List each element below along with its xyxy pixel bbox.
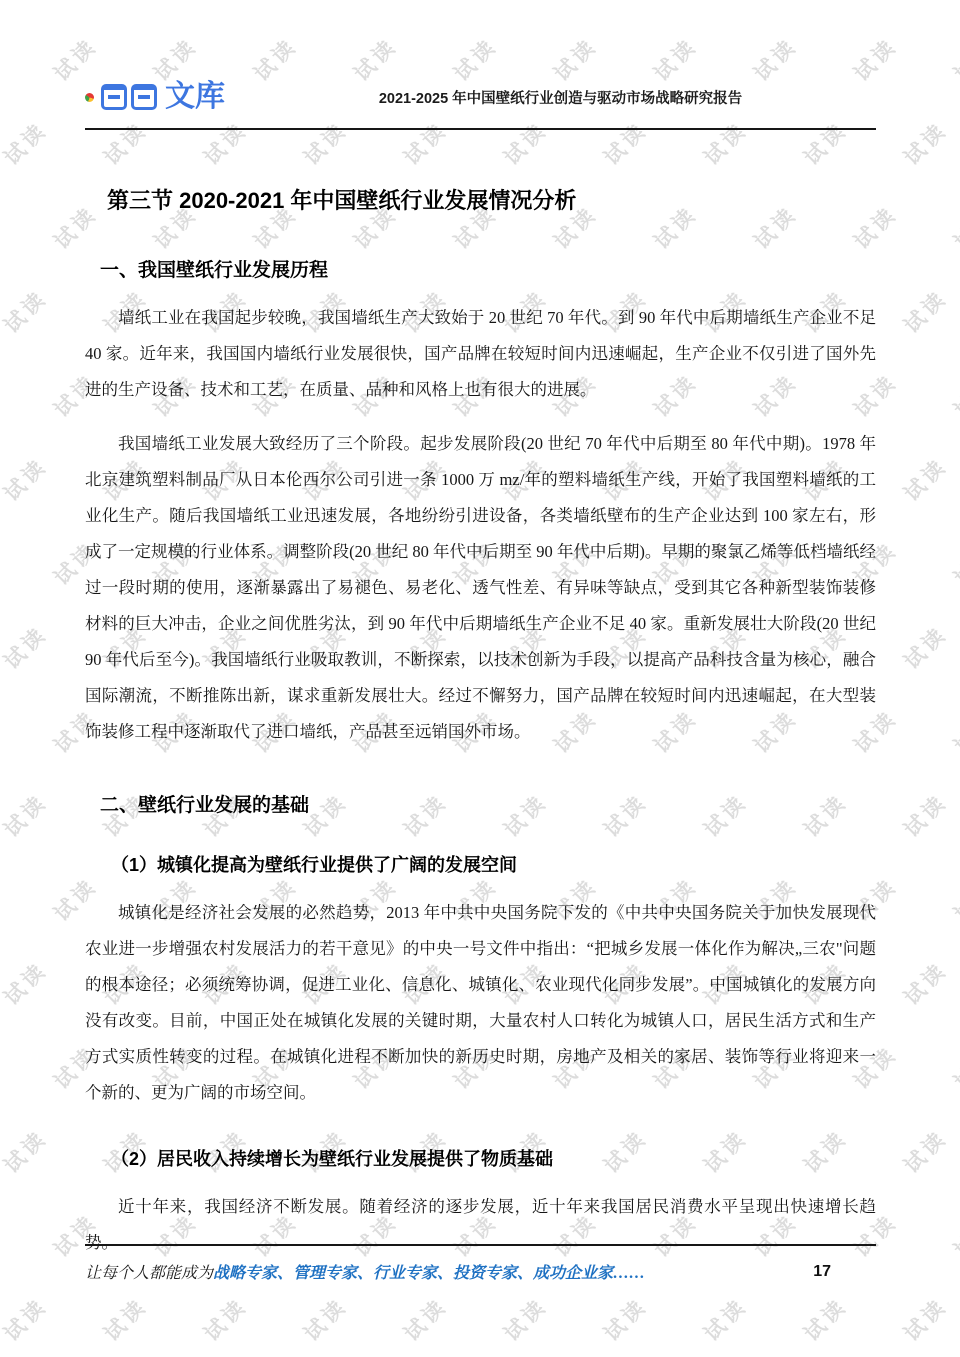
trial-read-watermark: 试读	[0, 31, 3, 88]
trial-read-watermark: 试读	[897, 787, 954, 844]
footer-slogan: 让每个人都能成为战略专家、管理专家、行业专家、投资专家、成功企业家……	[85, 1260, 645, 1283]
heading-development-history: 一、我国壁纸行业发展历程	[100, 255, 876, 282]
trial-read-watermark: 试读	[0, 1123, 53, 1180]
trial-read-watermark: 试读	[0, 619, 53, 676]
trial-read-watermark: 试读	[0, 451, 53, 508]
trial-read-watermark: 试读	[497, 1291, 554, 1348]
trial-read-watermark: 试读	[0, 1291, 53, 1348]
trial-read-watermark: 试读	[0, 0, 53, 3]
trial-read-watermark: 试读	[697, 0, 754, 3]
trial-read-watermark: 试读	[297, 0, 354, 3]
heading-urbanization: （1）城镇化提高为壁纸行业提供了广阔的发展空间	[111, 851, 876, 877]
trial-read-watermark: 试读	[297, 1291, 354, 1348]
brand-logo: 文库	[85, 82, 225, 118]
trial-read-watermark: 试读	[0, 535, 3, 592]
trial-read-watermark: 试读	[897, 1123, 954, 1180]
trial-read-watermark: 试读	[697, 1291, 754, 1348]
trial-read-watermark: 试读	[897, 955, 954, 1012]
trial-read-watermark: 试读	[947, 1207, 960, 1264]
section-title: 第三节 2020-2021 年中国壁纸行业发展情况分析	[107, 184, 876, 215]
trial-read-watermark: 试读	[947, 535, 960, 592]
trial-read-watermark: 试读	[97, 0, 154, 3]
trial-read-watermark: 试读	[0, 955, 53, 1012]
trial-read-watermark: 试读	[0, 115, 53, 172]
trial-read-watermark: 试读	[947, 871, 960, 928]
trial-read-watermark: 试读	[0, 1207, 3, 1264]
trial-read-watermark: 试读	[197, 0, 254, 3]
heading-income-growth: （2）居民收入持续增长为壁纸行业发展提供了物质基础	[111, 1145, 876, 1171]
trial-read-watermark: 试读	[947, 31, 960, 88]
trial-read-watermark: 试读	[947, 703, 960, 760]
trial-read-watermark: 试读	[0, 1039, 3, 1096]
trial-read-watermark: 试读	[0, 871, 3, 928]
page-header: 文库 2021-2025 年中国壁纸行业创造与驱动市场战略研究报告	[85, 62, 876, 118]
trial-read-watermark: 试读	[0, 199, 3, 256]
footer-slogan-prefix: 让每个人都能成为	[85, 1265, 213, 1282]
document-page: 试读试读试读试读试读试读试读试读试读试读试读试读试读试读试读试读试读试读试读试读…	[0, 0, 960, 1357]
paragraph-history-2: 我国墙纸工业发展大致经历了三个阶段。起步发展阶段(20 世纪 70 年代中后期至…	[85, 426, 876, 750]
paragraph-history-1: 墙纸工业在我国起步较晚，我国墙纸生产大致始于 20 世纪 70 年代。到 90 …	[85, 300, 876, 408]
heading-development-basis: 二、壁纸行业发展的基础	[100, 790, 876, 817]
trial-read-watermark: 试读	[497, 0, 554, 3]
header-divider	[85, 128, 876, 130]
trial-read-watermark: 试读	[897, 451, 954, 508]
logo-box-icon	[101, 84, 127, 110]
paragraph-urbanization: 城镇化是经济社会发展的必然趋势，2013 年中共中央国务院下发的《中共中央国务院…	[85, 895, 876, 1111]
trial-read-watermark: 试读	[0, 283, 53, 340]
trial-read-watermark: 试读	[897, 0, 954, 3]
trial-read-watermark: 试读	[947, 1039, 960, 1096]
trial-read-watermark: 试读	[397, 1291, 454, 1348]
logo-dot-icon	[85, 93, 94, 102]
trial-read-watermark: 试读	[0, 703, 3, 760]
trial-read-watermark: 试读	[897, 619, 954, 676]
logo-box-icon	[131, 84, 157, 110]
document-main: 第三节 2020-2021 年中国壁纸行业发展情况分析 一、我国壁纸行业发展历程…	[85, 156, 876, 1261]
trial-read-watermark: 试读	[597, 1291, 654, 1348]
trial-read-watermark: 试读	[397, 0, 454, 3]
trial-read-watermark: 试读	[797, 0, 854, 3]
trial-read-watermark: 试读	[97, 1291, 154, 1348]
trial-read-watermark: 试读	[797, 1291, 854, 1348]
document-blocks: 一、我国壁纸行业发展历程墙纸工业在我国起步较晚，我国墙纸生产大致始于 20 世纪…	[85, 255, 876, 1261]
trial-read-watermark: 试读	[197, 1291, 254, 1348]
trial-read-watermark: 试读	[947, 367, 960, 424]
trial-read-watermark: 试读	[897, 1291, 954, 1348]
page-footer: 让每个人都能成为战略专家、管理专家、行业专家、投资专家、成功企业家…… 17	[85, 1260, 876, 1283]
trial-read-watermark: 试读	[597, 0, 654, 3]
footer-divider	[85, 1244, 876, 1246]
logo-text: 文库	[165, 82, 225, 112]
paragraph-income-growth: 近十年来，我国经济不断发展。随着经济的逐步发展，近十年来我国居民消费水平呈现出快…	[85, 1189, 876, 1261]
trial-read-watermark: 试读	[947, 199, 960, 256]
page-number: 17	[813, 1263, 831, 1281]
trial-read-watermark: 试读	[897, 283, 954, 340]
trial-read-watermark: 试读	[0, 367, 3, 424]
trial-read-watermark: 试读	[897, 115, 954, 172]
report-title: 2021-2025 年中国壁纸行业创造与驱动市场战略研究报告	[225, 87, 876, 118]
footer-slogan-highlight: 战略专家、管理专家、行业专家、投资专家、成功企业家……	[213, 1265, 645, 1282]
trial-read-watermark: 试读	[0, 787, 53, 844]
